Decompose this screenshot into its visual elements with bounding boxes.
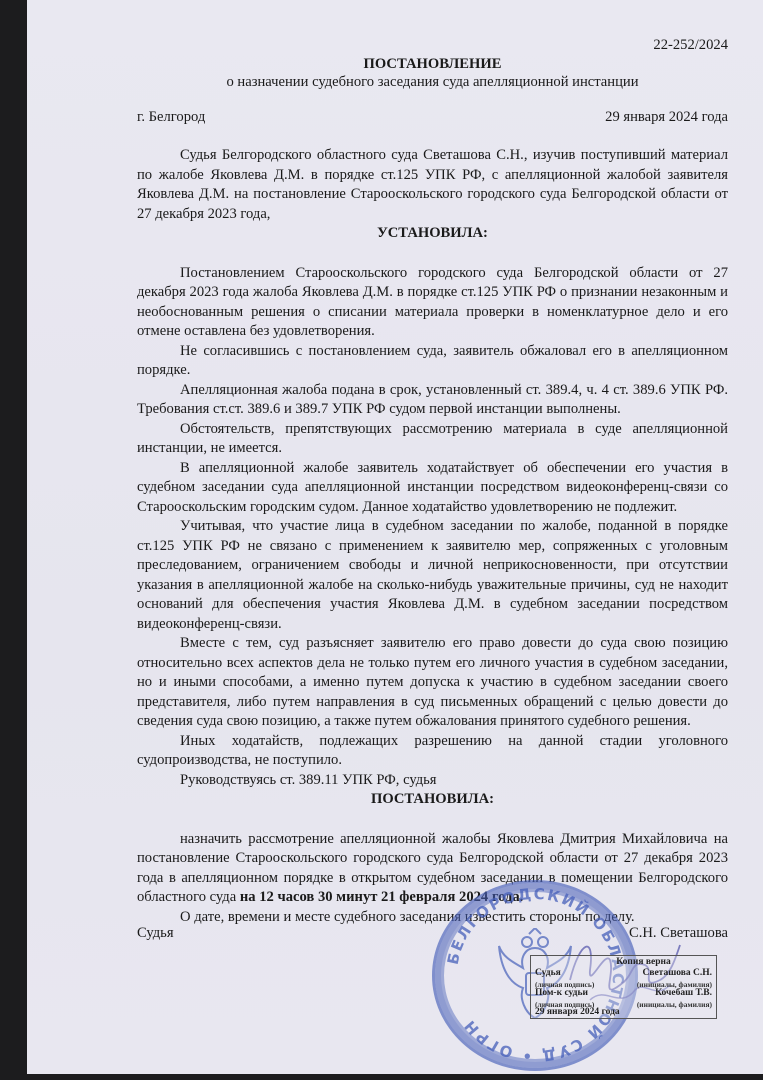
paragraph: Вместе с тем, суд разъясняет заявителю е… — [137, 634, 728, 732]
case-number: 22-252/2024 — [653, 36, 728, 56]
signature-role: Судья — [137, 924, 174, 944]
copy-date: 29 января 2024 года — [535, 1007, 620, 1018]
spacer — [137, 810, 728, 830]
main-text: Судья Белгородского областного суда Свет… — [137, 146, 728, 927]
copy-judge-label: Судья — [535, 968, 561, 979]
document-title: ПОСТАНОВЛЕНИЕ — [137, 55, 728, 75]
spacer — [137, 244, 728, 264]
paragraph: Апелляционная жалоба подана в срок, уста… — [137, 381, 728, 420]
paragraph: Обстоятельств, препятствующих рассмотрен… — [137, 420, 728, 459]
document-subtitle: о назначении судебного заседания суда ап… — [137, 73, 728, 93]
document-date: 29 января 2024 года — [605, 108, 728, 128]
place-date-row: г. Белгород 29 января 2024 года — [137, 108, 728, 128]
paragraph: Руководствуясь ст. 389.11 УПК РФ, судья — [137, 771, 728, 791]
paragraph: Учитывая, что участие лица в судебном за… — [137, 517, 728, 634]
copy-assistant-name: Кочебаш Т.В. — [655, 988, 712, 999]
heading-resolved: ПОСТАНОВИЛА: — [137, 790, 728, 810]
paragraph: Иных ходатайств, подлежащих разрешению н… — [137, 732, 728, 771]
paragraph: В апелляционной жалобе заявитель ходатай… — [137, 459, 728, 518]
paragraph: Не согласившись с постановлением суда, з… — [137, 342, 728, 381]
intro-paragraph: Судья Белгородского областного суда Свет… — [137, 146, 728, 224]
heading-established: УСТАНОВИЛА: — [137, 224, 728, 244]
copy-title: Копия верна — [576, 957, 670, 968]
copy-assistant-label: Пом-к судьи — [535, 988, 588, 999]
paragraph: Постановлением Старооскольского городско… — [137, 264, 728, 342]
resolution-paragraph: назначить рассмотрение апелляционной жал… — [137, 830, 728, 908]
place: г. Белгород — [137, 108, 205, 128]
copy-judge-name: Светашова С.Н. — [642, 968, 712, 979]
copy-certification-box: Копия верна Судья Светашова С.Н. (личная… — [530, 955, 717, 1019]
